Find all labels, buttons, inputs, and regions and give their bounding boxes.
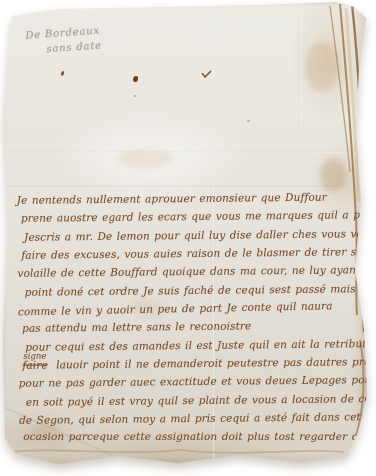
ink-blot: [134, 95, 136, 97]
bottom-edge-stain: [8, 456, 362, 468]
paper-stain: [118, 148, 174, 168]
letter-line: ocasion parceque cette assignation doit …: [23, 428, 365, 446]
manuscript-photo: De Bordeaux sans date Je nentends nullem…: [0, 0, 376, 476]
pencil-annotation: De Bordeaux sans date: [25, 23, 102, 58]
ink-blot: [133, 76, 138, 82]
letter-paper: De Bordeaux sans date Je nentends nullem…: [0, 0, 376, 476]
ink-blot: [60, 71, 65, 77]
paper-stain: [305, 42, 339, 92]
fold-crease-horizontal: [0, 185, 346, 187]
correction-superscript: signe: [23, 348, 46, 367]
letter-line: de Segon, qui selon moy a mal pris cequi…: [19, 408, 365, 430]
ink-mark: [202, 71, 211, 77]
letter-line-text: lauoir point il ne demanderoit peutestre…: [56, 356, 376, 372]
letter-body: Je nentends nullement aprouuer emonsieur…: [17, 188, 366, 448]
paper-stain: [320, 158, 346, 192]
fold-crease-horizontal: [0, 151, 366, 153]
inline-correction: signe faire: [22, 357, 47, 376]
annotation-line: sans date: [46, 38, 102, 57]
ink-blot: [247, 120, 250, 122]
fold-crease-vertical: [299, 0, 301, 150]
